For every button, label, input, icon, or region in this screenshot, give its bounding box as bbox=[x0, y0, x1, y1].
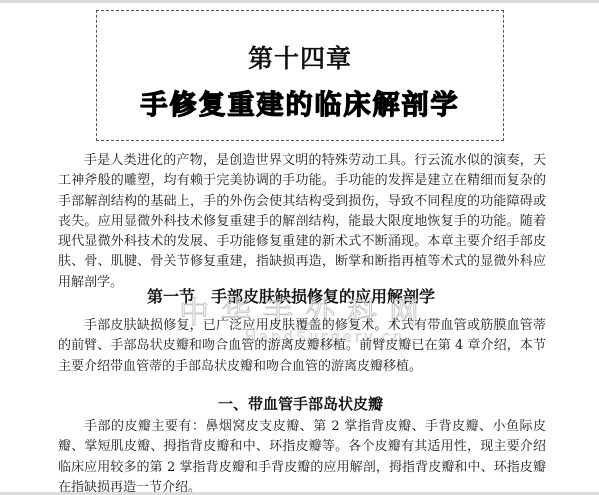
intro-paragraph: 手是人类进化的产物，是创造世界文明的特殊劳动工具。行云流水似的演奏，天工神斧般的… bbox=[58, 151, 546, 293]
subsection-heading: 一、带血管手部岛状皮瓣 bbox=[0, 393, 599, 414]
page-top-edge bbox=[0, 0, 599, 3]
section-heading: 第一节 手部皮肤缺损修复的应用解剖学 bbox=[147, 284, 435, 307]
section-paragraph: 手部皮肤缺损修复，已广泛应用皮肤覆盖的修复术。术式有带血管或筋膜血管蒂的前臂、手… bbox=[58, 316, 546, 377]
chapter-title-box: 第十四章 手修复重建的临床解剖学 bbox=[96, 10, 504, 141]
chapter-number: 第十四章 bbox=[97, 39, 503, 75]
chapter-title: 手修复重建的临床解剖学 bbox=[97, 83, 503, 122]
subsection-paragraph: 手部的皮瓣主要有：鼻烟窝皮支皮瓣、第 2 掌指背皮瓣、手背皮瓣、小鱼际皮瓣、掌短… bbox=[58, 417, 546, 495]
